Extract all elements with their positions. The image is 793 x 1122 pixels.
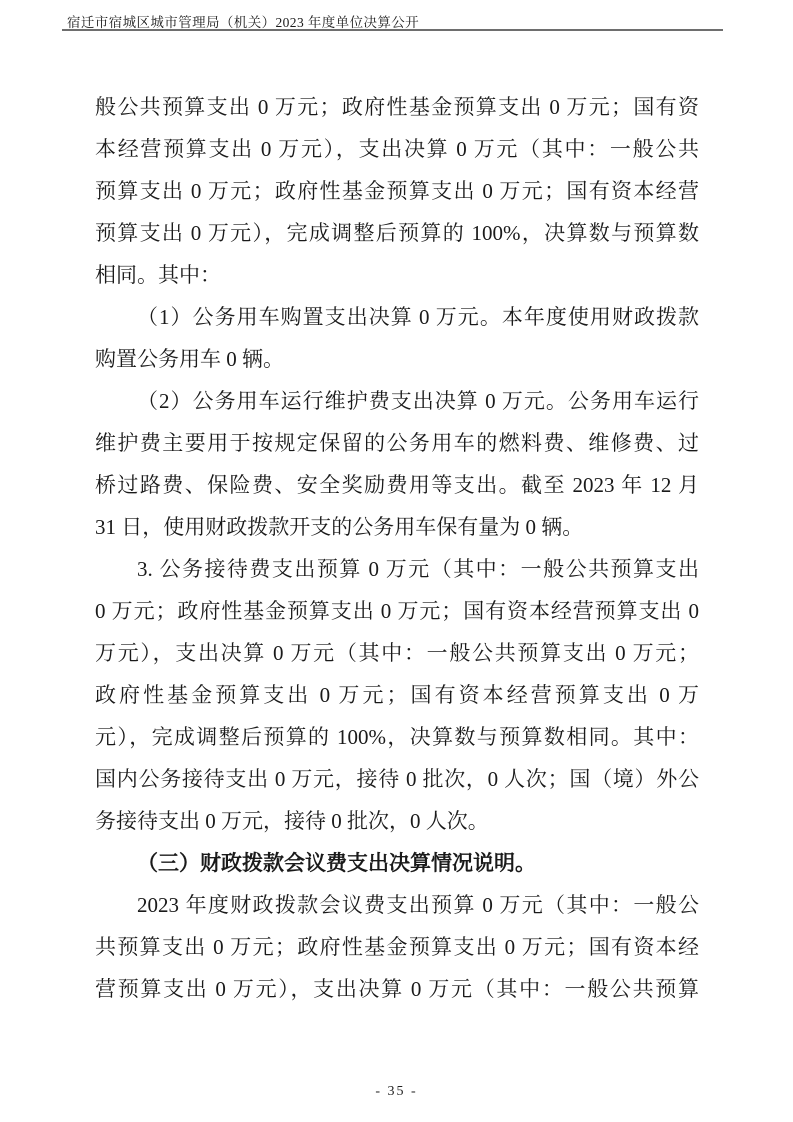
text-line: 预算支出 0 万元；政府性基金预算支出 0 万元；国有资本经营 bbox=[95, 170, 699, 212]
text-line: 桥过路费、保险费、安全奖励费用等支出。截至 2023 年 12 月 bbox=[95, 464, 699, 506]
text-line: 相同。其中： bbox=[95, 254, 699, 296]
text-line: 务接待支出 0 万元，接待 0 批次，0 人次。 bbox=[95, 800, 699, 842]
text-line: 国内公务接待支出 0 万元，接待 0 批次，0 人次；国（境）外公 bbox=[95, 758, 699, 800]
text-line: （1）公务用车购置支出决算 0 万元。本年度使用财政拨款 bbox=[95, 296, 699, 338]
document-body: 般公共预算支出 0 万元；政府性基金预算支出 0 万元；国有资本经营预算支出 0… bbox=[95, 86, 699, 1010]
text-line: 万元），支出决算 0 万元（其中：一般公共预算支出 0 万元； bbox=[95, 632, 699, 674]
text-line: 本经营预算支出 0 万元），支出决算 0 万元（其中：一般公共 bbox=[95, 128, 699, 170]
page-number: - 35 - bbox=[0, 1084, 793, 1100]
text-line: 共预算支出 0 万元；政府性基金预算支出 0 万元；国有资本经 bbox=[95, 926, 699, 968]
header-rule bbox=[62, 29, 723, 31]
page-header-title: 宿迁市宿城区城市管理局（机关）2023 年度单位决算公开 bbox=[67, 11, 419, 31]
text-line: 营预算支出 0 万元），支出决算 0 万元（其中：一般公共预算 bbox=[95, 968, 699, 1010]
text-line: 31 日，使用财政拨款开支的公务用车保有量为 0 辆。 bbox=[95, 506, 699, 548]
text-line: 政府性基金预算支出 0 万元；国有资本经营预算支出 0 万 bbox=[95, 674, 699, 716]
text-line: 购置公务用车 0 辆。 bbox=[95, 338, 699, 380]
text-line: 般公共预算支出 0 万元；政府性基金预算支出 0 万元；国有资 bbox=[95, 86, 699, 128]
text-line: 维护费主要用于按规定保留的公务用车的燃料费、维修费、过 bbox=[95, 422, 699, 464]
section-heading: （三）财政拨款会议费支出决算情况说明。 bbox=[95, 842, 699, 884]
text-line: 元），完成调整后预算的 100%，决算数与预算数相同。其中： bbox=[95, 716, 699, 758]
text-line: 0 万元；政府性基金预算支出 0 万元；国有资本经营预算支出 0 bbox=[95, 590, 699, 632]
text-line: （2）公务用车运行维护费支出决算 0 万元。公务用车运行 bbox=[95, 380, 699, 422]
text-line: 3. 公务接待费支出预算 0 万元（其中：一般公共预算支出 bbox=[95, 548, 699, 590]
text-line: 预算支出 0 万元），完成调整后预算的 100%，决算数与预算数 bbox=[95, 212, 699, 254]
text-line: 2023 年度财政拨款会议费支出预算 0 万元（其中：一般公 bbox=[95, 884, 699, 926]
